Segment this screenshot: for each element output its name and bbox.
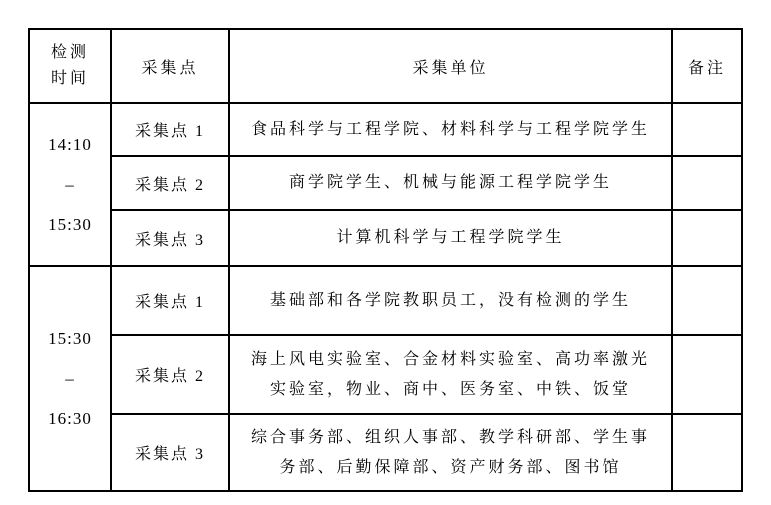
time-dash: – <box>30 165 110 205</box>
time-start: 14:10 <box>30 125 110 165</box>
remarks-cell <box>672 266 742 335</box>
testing-schedule-table: 检测 时间 采集点 采集单位 备注 14:10 – 15:30 采集点 1 食品… <box>28 28 743 492</box>
collection-point-cell: 采集点 3 <box>111 414 229 491</box>
collection-point-cell: 采集点 3 <box>111 210 229 266</box>
collection-unit-cell: 综合事务部、组织人事部、教学科研部、学生事务部、后勤保障部、资产财务部、图书馆 <box>229 414 672 491</box>
collection-unit-cell: 商学院学生、机械与能源工程学院学生 <box>229 156 672 210</box>
header-test-time-line2: 时间 <box>30 66 110 92</box>
collection-point-cell: 采集点 1 <box>111 266 229 335</box>
table-row: 14:10 – 15:30 采集点 1 食品科学与工程学院、材料科学与工程学院学… <box>29 103 742 156</box>
collection-point-cell: 采集点 2 <box>111 335 229 414</box>
header-test-time-line1: 检测 <box>30 40 110 66</box>
time-range-cell-2: 15:30 – 16:30 <box>29 266 111 491</box>
remarks-cell <box>672 156 742 210</box>
remarks-cell <box>672 414 742 491</box>
table-row: 采集点 3 综合事务部、组织人事部、教学科研部、学生事务部、后勤保障部、资产财务… <box>29 414 742 491</box>
collection-unit-cell: 食品科学与工程学院、材料科学与工程学院学生 <box>229 103 672 156</box>
collection-unit-cell: 海上风电实验室、合金材料实验室、高功率激光实验室，物业、商中、医务室、中铁、饭堂 <box>229 335 672 414</box>
table-row: 采集点 2 海上风电实验室、合金材料实验室、高功率激光实验室，物业、商中、医务室… <box>29 335 742 414</box>
header-collection-unit: 采集单位 <box>229 29 672 103</box>
remarks-cell <box>672 210 742 266</box>
table-row: 采集点 2 商学院学生、机械与能源工程学院学生 <box>29 156 742 210</box>
collection-unit-cell: 计算机科学与工程学院学生 <box>229 210 672 266</box>
header-row: 检测 时间 采集点 采集单位 备注 <box>29 29 742 103</box>
header-remarks: 备注 <box>672 29 742 103</box>
time-dash: – <box>30 359 110 399</box>
time-range-cell-1: 14:10 – 15:30 <box>29 103 111 266</box>
collection-point-cell: 采集点 2 <box>111 156 229 210</box>
time-start: 15:30 <box>30 319 110 359</box>
table-row: 采集点 3 计算机科学与工程学院学生 <box>29 210 742 266</box>
time-end: 16:30 <box>30 399 110 439</box>
collection-unit-cell: 基础部和各学院教职员工，没有检测的学生 <box>229 266 672 335</box>
header-collection-point: 采集点 <box>111 29 229 103</box>
header-test-time: 检测 时间 <box>29 29 111 103</box>
time-end: 15:30 <box>30 205 110 245</box>
remarks-cell <box>672 335 742 414</box>
table-row: 15:30 – 16:30 采集点 1 基础部和各学院教职员工，没有检测的学生 <box>29 266 742 335</box>
collection-point-cell: 采集点 1 <box>111 103 229 156</box>
remarks-cell <box>672 103 742 156</box>
